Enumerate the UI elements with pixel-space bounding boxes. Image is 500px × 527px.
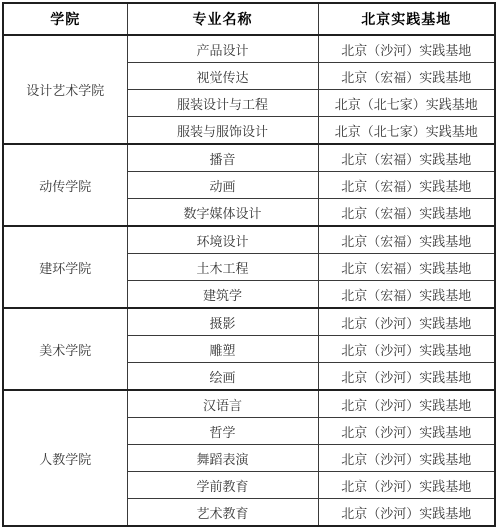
major-cell: 摄影 <box>127 308 318 336</box>
major-cell: 汉语言 <box>127 390 318 418</box>
college-cell: 美术学院 <box>3 308 127 390</box>
major-cell: 产品设计 <box>127 35 318 63</box>
college-cell: 设计艺术学院 <box>3 35 127 144</box>
major-cell: 播音 <box>127 144 318 172</box>
base-cell: 北京（宏福）实践基地 <box>318 199 495 227</box>
base-cell: 北京（沙河）实践基地 <box>318 35 495 63</box>
major-cell: 绘画 <box>127 363 318 391</box>
major-cell: 学前教育 <box>127 472 318 499</box>
col-header-base: 北京实践基地 <box>318 3 495 35</box>
major-cell: 雕塑 <box>127 336 318 363</box>
major-cell: 舞蹈表演 <box>127 445 318 472</box>
base-cell: 北京（沙河）实践基地 <box>318 363 495 391</box>
major-cell: 动画 <box>127 172 318 199</box>
header-row: 学院 专业名称 北京实践基地 <box>3 3 495 35</box>
base-cell: 北京（宏福）实践基地 <box>318 281 495 309</box>
table-row: 人教学院汉语言北京（沙河）实践基地 <box>3 390 495 418</box>
major-cell: 建筑学 <box>127 281 318 309</box>
col-header-major: 专业名称 <box>127 3 318 35</box>
table-row: 美术学院摄影北京（沙河）实践基地 <box>3 308 495 336</box>
college-cell: 人教学院 <box>3 390 127 526</box>
base-cell: 北京（沙河）实践基地 <box>318 499 495 527</box>
table-row: 动传学院播音北京（宏福）实践基地 <box>3 144 495 172</box>
col-header-college: 学院 <box>3 3 127 35</box>
major-cell: 环境设计 <box>127 226 318 254</box>
major-cell: 数字媒体设计 <box>127 199 318 227</box>
base-cell: 北京（宏福）实践基地 <box>318 226 495 254</box>
major-cell: 服装设计与工程 <box>127 90 318 117</box>
base-cell: 北京（沙河）实践基地 <box>318 445 495 472</box>
base-cell: 北京（宏福）实践基地 <box>318 63 495 90</box>
base-cell: 北京（宏福）实践基地 <box>318 254 495 281</box>
base-cell: 北京（沙河）实践基地 <box>318 472 495 499</box>
base-cell: 北京（沙河）实践基地 <box>318 308 495 336</box>
table-row: 设计艺术学院产品设计北京（沙河）实践基地 <box>3 35 495 63</box>
table-body: 设计艺术学院产品设计北京（沙河）实践基地视觉传达北京（宏福）实践基地服装设计与工… <box>3 35 495 526</box>
base-cell: 北京（宏福）实践基地 <box>318 144 495 172</box>
major-cell: 哲学 <box>127 418 318 445</box>
base-cell: 北京（沙河）实践基地 <box>318 390 495 418</box>
major-cell: 视觉传达 <box>127 63 318 90</box>
college-cell: 建环学院 <box>3 226 127 308</box>
college-cell: 动传学院 <box>3 144 127 226</box>
base-cell: 北京（沙河）实践基地 <box>318 336 495 363</box>
table-row: 建环学院环境设计北京（宏福）实践基地 <box>3 226 495 254</box>
major-cell: 服装与服饰设计 <box>127 117 318 145</box>
major-cell: 艺术教育 <box>127 499 318 527</box>
base-cell: 北京（宏福）实践基地 <box>318 172 495 199</box>
base-cell: 北京（北七家）实践基地 <box>318 90 495 117</box>
practice-base-table: 学院 专业名称 北京实践基地 设计艺术学院产品设计北京（沙河）实践基地视觉传达北… <box>2 2 496 527</box>
page: 学院 专业名称 北京实践基地 设计艺术学院产品设计北京（沙河）实践基地视觉传达北… <box>0 0 500 527</box>
base-cell: 北京（沙河）实践基地 <box>318 418 495 445</box>
major-cell: 土木工程 <box>127 254 318 281</box>
base-cell: 北京（北七家）实践基地 <box>318 117 495 145</box>
